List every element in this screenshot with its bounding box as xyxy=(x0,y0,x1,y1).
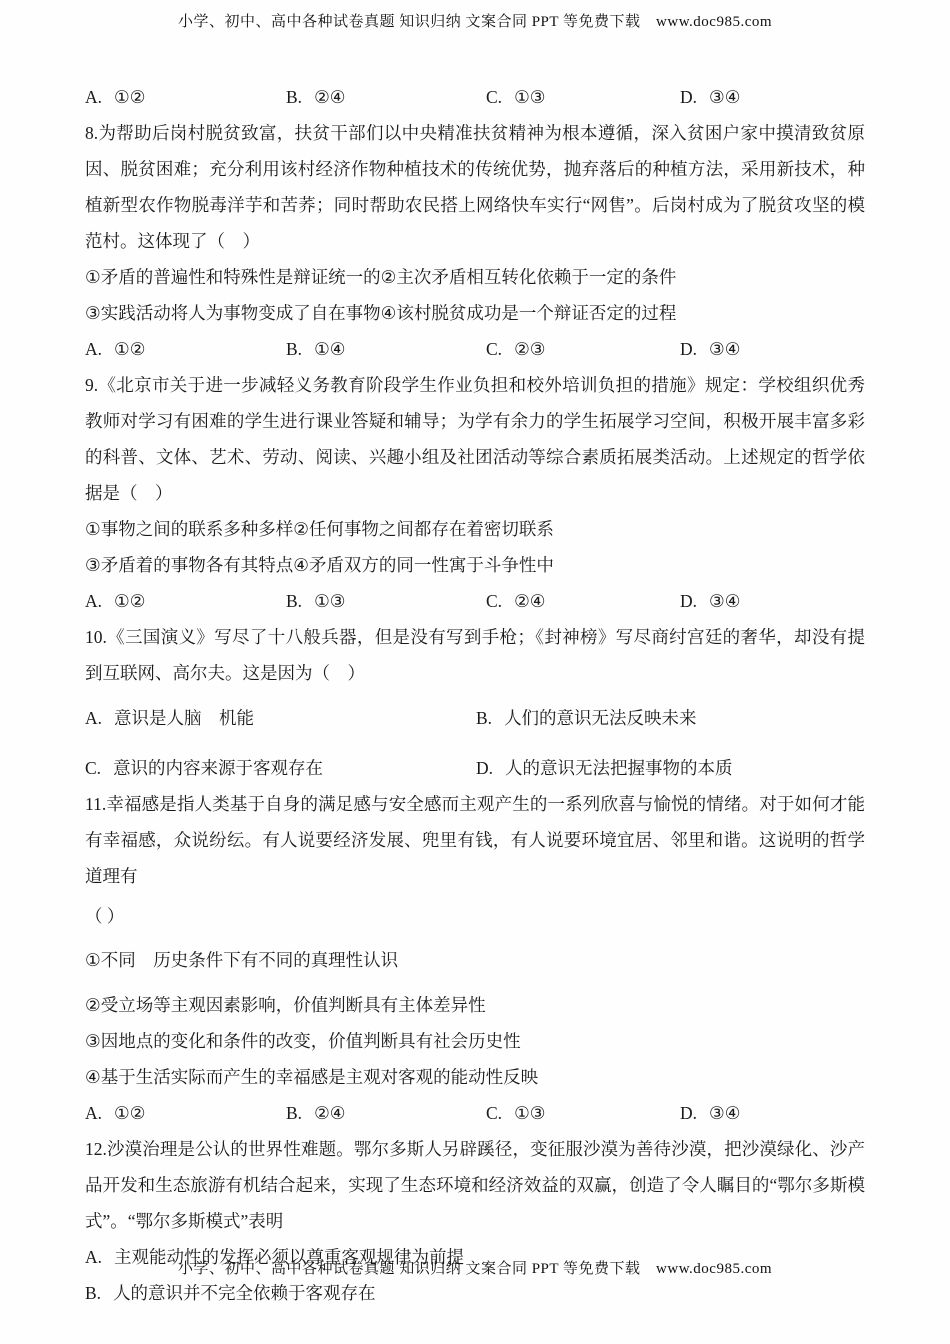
option-b-value: 人的意识并不完全依赖于客观存在 xyxy=(113,1283,376,1303)
option-c-label: C. xyxy=(486,1095,502,1131)
option-d-label: D. xyxy=(476,750,493,786)
option-b-label: B. xyxy=(476,700,492,736)
option-a-label: A. xyxy=(85,700,102,736)
question-8-item-line-1: ①矛盾的普遍性和特殊性是辩证统一的②主次矛盾相互转化依赖于一定的条件 xyxy=(85,259,865,295)
question-11-item-2: ②受立场等主观因素影响，价值判断具有主体差异性 xyxy=(85,987,865,1023)
option-c-value: ②④ xyxy=(514,591,545,611)
option-c: C.意识的内容来源于客观存在 xyxy=(85,750,476,786)
option-b: B.②④ xyxy=(286,79,486,115)
option-a-value: ①② xyxy=(114,1103,145,1123)
option-d-value: ③④ xyxy=(709,1103,740,1123)
option-c: C.②③ xyxy=(486,331,680,367)
option-a-value: ①② xyxy=(114,591,145,611)
option-a-label: A. xyxy=(85,583,102,619)
question-8: 8.为帮助后岗村脱贫致富，扶贫干部们以中央精准扶贫精神为根本遵循，深入贫困户家中… xyxy=(85,115,865,367)
option-a: A.①② xyxy=(85,331,286,367)
question-11-item-3: ③因地点的变化和条件的改变，价值判断具有社会历史性 xyxy=(85,1023,865,1059)
option-a: A.①② xyxy=(85,79,286,115)
question-9-options-row: A.①② B.①③ C.②④ D.③④ xyxy=(85,583,865,619)
option-d: D.③④ xyxy=(680,331,865,367)
option-d-label: D. xyxy=(680,331,697,367)
question-11-item-4: ④基于生活实际而产生的幸福感是主观对客观的能动性反映 xyxy=(85,1059,865,1095)
option-b-label: B. xyxy=(85,1275,101,1311)
option-c: C.①③ xyxy=(486,79,680,115)
option-c-value: ①③ xyxy=(514,1103,545,1123)
document-body: A.①② B.②④ C.①③ D.③④ 8.为帮助后岗村脱贫致富，扶贫干部们以中… xyxy=(85,79,865,1311)
option-b-value: ②④ xyxy=(314,1103,345,1123)
question-9-item-line-2: ③矛盾着的事物各有其特点④矛盾双方的同一性寓于斗争性中 xyxy=(85,547,865,583)
option-d-label: D. xyxy=(680,583,697,619)
option-d-value: 人的意识无法把握事物的本质 xyxy=(505,758,733,778)
option-b: B.①④ xyxy=(286,331,486,367)
page-footer-watermark: 小学、初中、高中各种试卷真题 知识归纳 文案合同 PPT 等免费下载 www.d… xyxy=(0,1258,950,1280)
question-10-stem: 10.《三国演义》写尽了十八般兵器，但是没有写到手枪；《封神榜》写尽商纣宫廷的奢… xyxy=(85,619,865,691)
option-a-label: A. xyxy=(85,331,102,367)
option-b-label: B. xyxy=(286,1095,302,1131)
option-c-label: C. xyxy=(486,79,502,115)
question-11: 11.幸福感是指人类基于自身的满足感与安全感而主观产生的一系列欣喜与愉悦的情绪。… xyxy=(85,786,865,1131)
option-c-value: ①③ xyxy=(514,87,545,107)
question-9: 9.《北京市关于进一步减轻义务教育阶段学生作业负担和校外培训负担的措施》规定：学… xyxy=(85,367,865,619)
question-12-stem: 12.沙漠治理是公认的世界性难题。鄂尔多斯人另辟蹊径，变征服沙漠为善待沙漠，把沙… xyxy=(85,1131,865,1239)
question-10-options-row-cd: C.意识的内容来源于客观存在 D.人的意识无法把握事物的本质 xyxy=(85,750,865,786)
option-d-label: D. xyxy=(680,79,697,115)
option-b-value: ①③ xyxy=(314,591,345,611)
question-11-options-row: A.①② B.②④ C.①③ D.③④ xyxy=(85,1095,865,1131)
option-a: A.①② xyxy=(85,1095,286,1131)
option-c-value: ②③ xyxy=(514,339,545,359)
question-8-options-row: A.①② B.①④ C.②③ D.③④ xyxy=(85,331,865,367)
question-9-item-line-1: ①事物之间的联系多种多样②任何事物之间都存在着密切联系 xyxy=(85,511,865,547)
option-b-value: 人们的意识无法反映未来 xyxy=(504,708,697,728)
option-b-value: ②④ xyxy=(314,87,345,107)
question-11-stem: 11.幸福感是指人类基于自身的满足感与安全感而主观产生的一系列欣喜与愉悦的情绪。… xyxy=(85,786,865,894)
question-8-item-line-2: ③实践活动将人为事物变成了自在事物④该村脱贫成功是一个辩证否定的过程 xyxy=(85,295,865,331)
page-header-watermark: 小学、初中、高中各种试卷真题 知识归纳 文案合同 PPT 等免费下载 www.d… xyxy=(0,11,950,33)
option-c-label: C. xyxy=(486,331,502,367)
option-a-value: ①② xyxy=(114,339,145,359)
option-b: B.②④ xyxy=(286,1095,486,1131)
exam-document-page: 小学、初中、高中各种试卷真题 知识归纳 文案合同 PPT 等免费下载 www.d… xyxy=(0,0,950,1344)
option-b: B.人们的意识无法反映未来 xyxy=(476,700,865,736)
option-c: C.②④ xyxy=(486,583,680,619)
option-b-value: ①④ xyxy=(314,339,345,359)
option-a-value: 意识是人脑 机能 xyxy=(114,708,254,728)
option-b-label: B. xyxy=(286,79,302,115)
question-10: 10.《三国演义》写尽了十八般兵器，但是没有写到手枪；《封神榜》写尽商纣宫廷的奢… xyxy=(85,619,865,786)
option-d-value: ③④ xyxy=(709,339,740,359)
option-b-label: B. xyxy=(286,583,302,619)
option-d-value: ③④ xyxy=(709,87,740,107)
option-b: B.①③ xyxy=(286,583,486,619)
option-a: A.①② xyxy=(85,583,286,619)
option-c-label: C. xyxy=(486,583,502,619)
option-d: D.③④ xyxy=(680,79,865,115)
question-11-item-1: ①不同 历史条件下有不同的真理性认识 xyxy=(85,942,865,978)
question-11-answer-bracket: （ ） xyxy=(85,898,865,934)
option-a-value: ①② xyxy=(114,87,145,107)
option-c: C.①③ xyxy=(486,1095,680,1131)
option-a-label: A. xyxy=(85,79,102,115)
question-9-stem: 9.《北京市关于进一步减轻义务教育阶段学生作业负担和校外培训负担的措施》规定：学… xyxy=(85,367,865,511)
question-12: 12.沙漠治理是公认的世界性难题。鄂尔多斯人另辟蹊径，变征服沙漠为善待沙漠，把沙… xyxy=(85,1131,865,1311)
question-10-options-row-ab: A.意识是人脑 机能 B.人们的意识无法反映未来 xyxy=(85,700,865,736)
option-a: A.意识是人脑 机能 xyxy=(85,700,476,736)
option-d-value: ③④ xyxy=(709,591,740,611)
option-d-label: D. xyxy=(680,1095,697,1131)
option-c-value: 意识的内容来源于客观存在 xyxy=(113,758,323,778)
option-a-label: A. xyxy=(85,1095,102,1131)
option-d: D.③④ xyxy=(680,1095,865,1131)
question-8-stem: 8.为帮助后岗村脱贫致富，扶贫干部们以中央精准扶贫精神为根本遵循，深入贫困户家中… xyxy=(85,115,865,259)
question-12-option-b: B.人的意识并不完全依赖于客观存在 xyxy=(85,1275,865,1311)
option-b-label: B. xyxy=(286,331,302,367)
option-d: D.③④ xyxy=(680,583,865,619)
option-c-label: C. xyxy=(85,750,101,786)
option-d: D.人的意识无法把握事物的本质 xyxy=(476,750,865,786)
question-7-options-row: A.①② B.②④ C.①③ D.③④ xyxy=(85,79,865,115)
